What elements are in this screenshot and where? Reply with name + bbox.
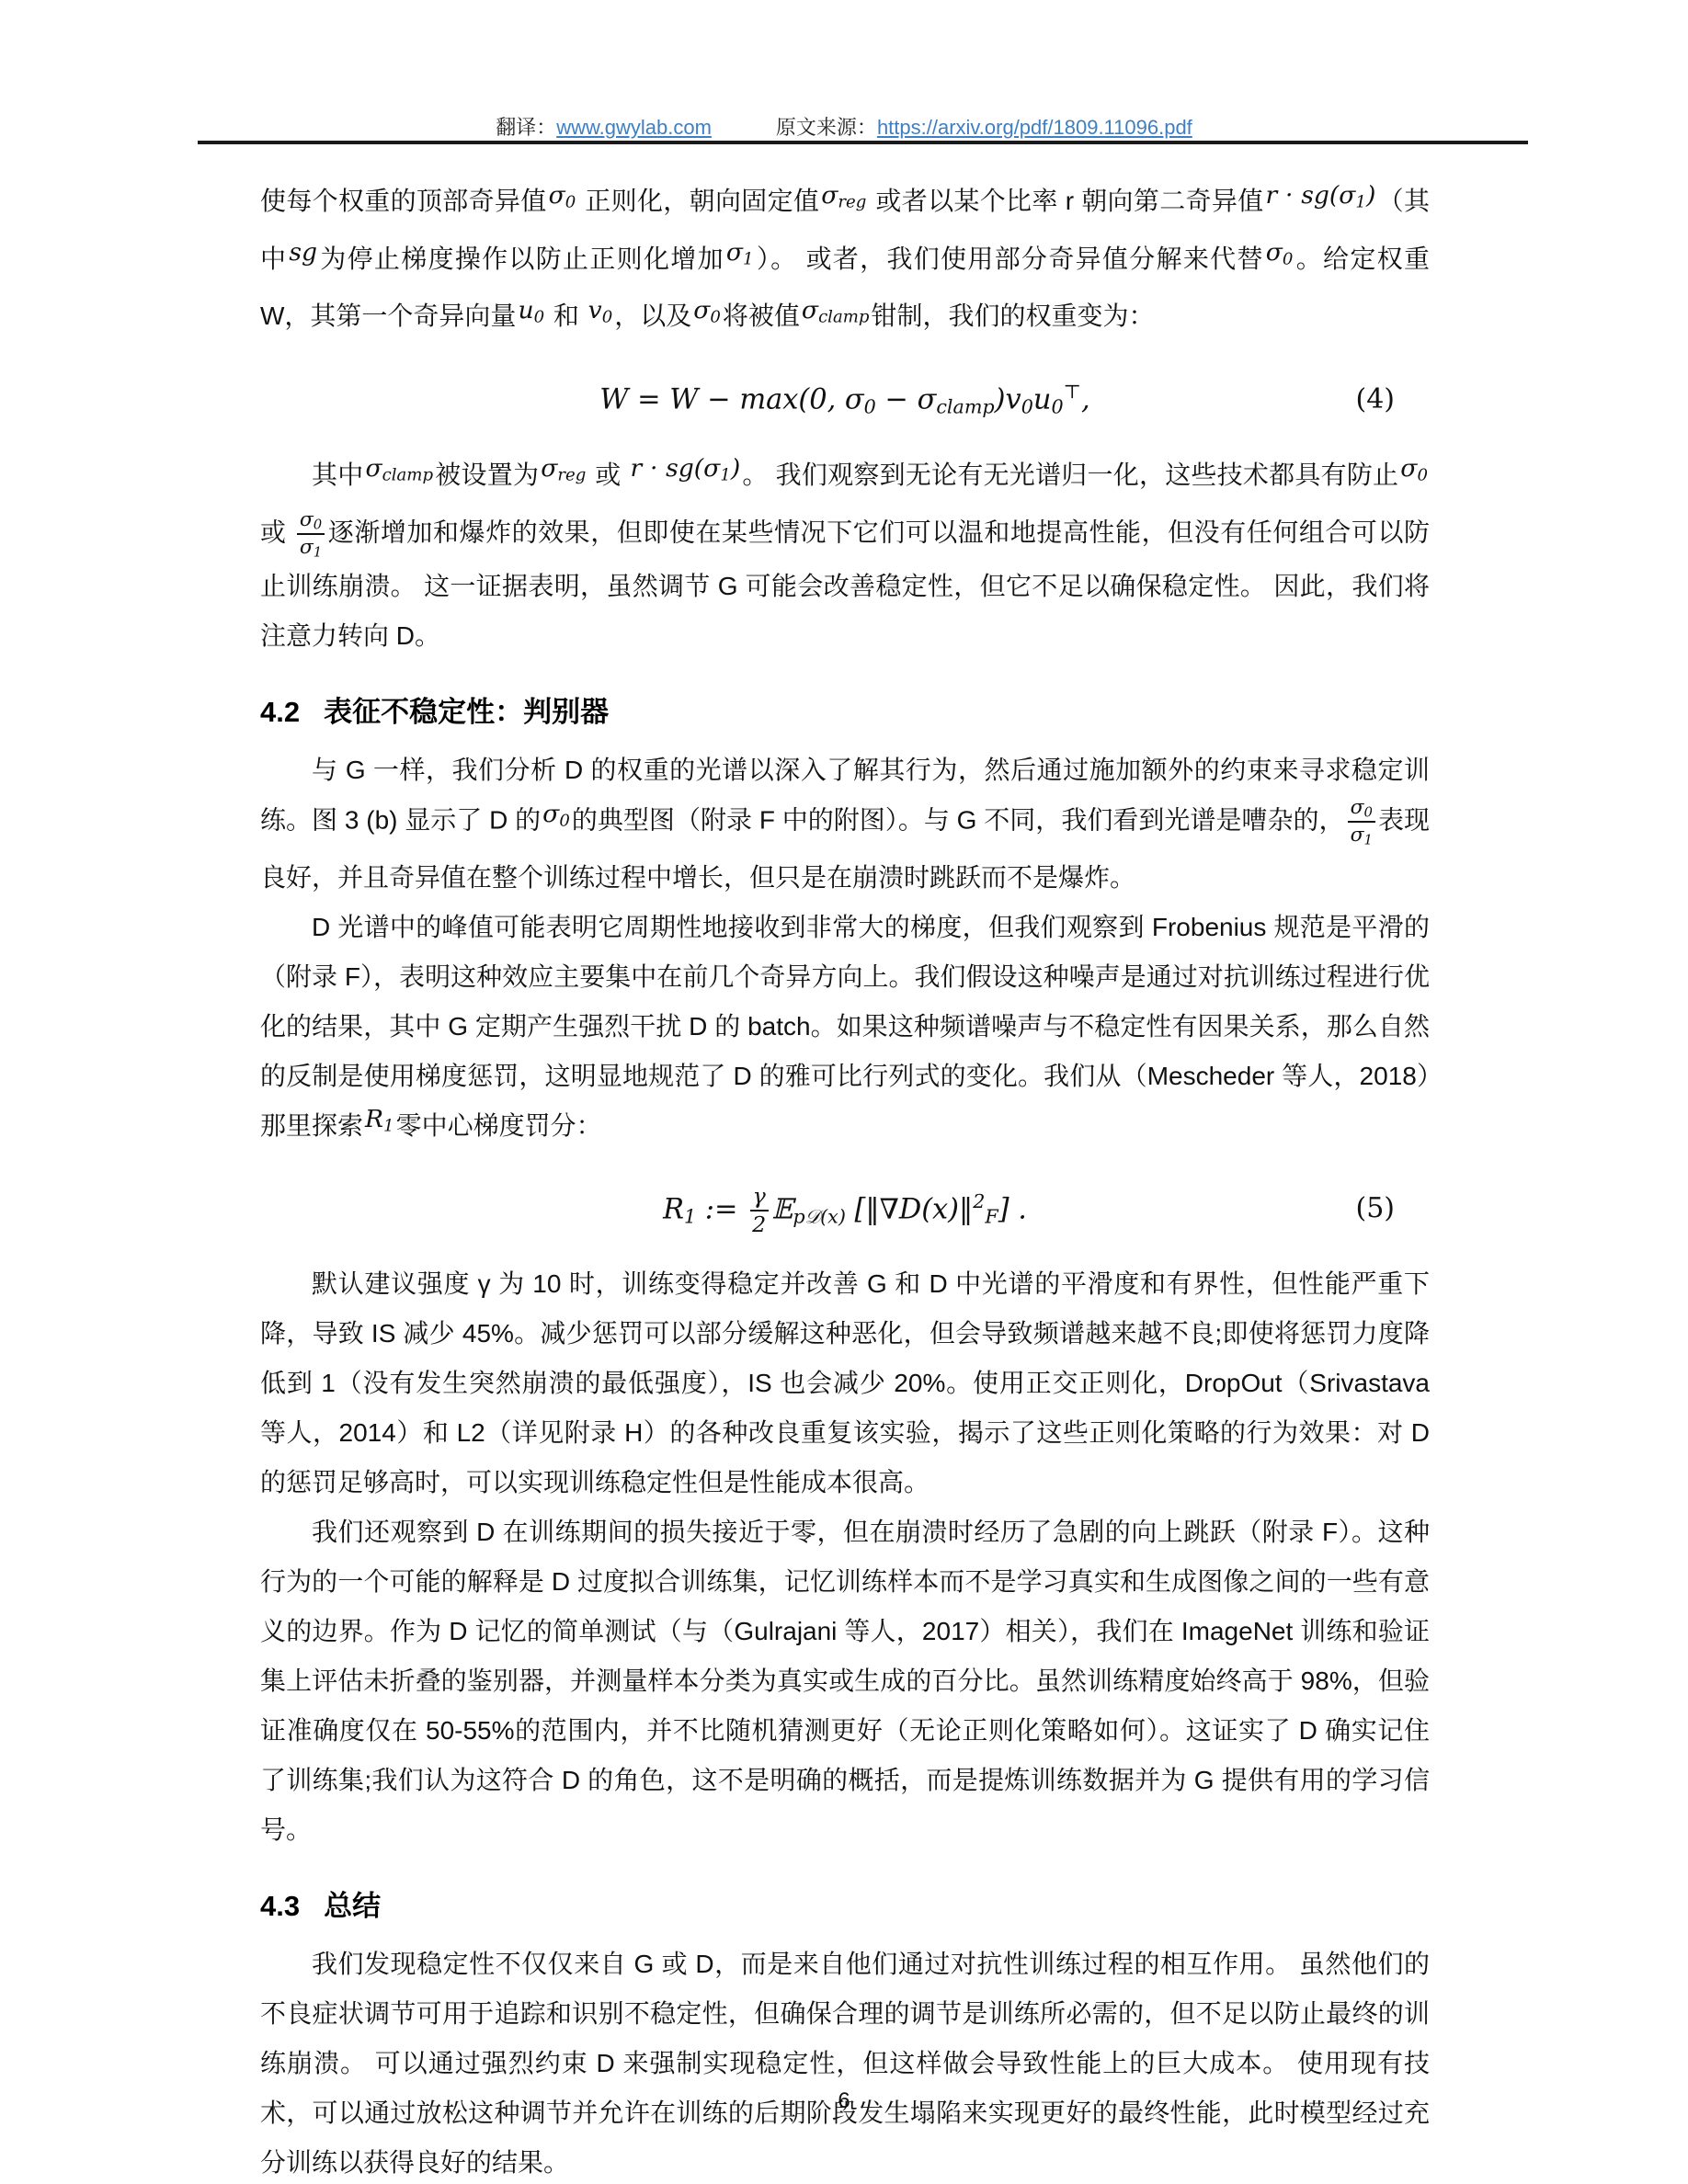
math-token: R: [663, 1193, 684, 1225]
inline-math: sg: [287, 238, 319, 267]
math-token: reg: [557, 466, 586, 485]
paragraph: 其中σclamp被设置为σreg 或 r · sg(σ1)。 我们观察到无论有无…: [260, 450, 1430, 661]
math-token: p𝒟(x): [793, 1205, 845, 1227]
math-token: 0: [710, 307, 721, 326]
math-token: :=: [696, 1193, 747, 1225]
math-token: W = W − max(0, σ: [599, 384, 863, 416]
math-token: r · sg(σ: [631, 454, 721, 483]
math-token: 1: [314, 544, 322, 561]
math-token: σ: [300, 508, 314, 531]
equation-body: W = W − max(0, σ0 − σclamp)v0u0⊤,: [599, 367, 1089, 432]
equation: R1 := γ2𝔼p𝒟(x) [‖∇D(x)‖2F] .(5): [260, 1169, 1430, 1248]
math-token: 1: [1355, 192, 1366, 211]
math-token: 1: [743, 250, 754, 269]
math-token: 1: [720, 466, 731, 485]
translation-link[interactable]: www.gwylab.com: [556, 116, 712, 139]
math-token: 0: [1363, 803, 1372, 820]
math-token: σ: [549, 181, 565, 210]
math-token: 0: [559, 811, 570, 830]
math-token: 0: [1417, 466, 1428, 485]
section-number: 4.3: [260, 1890, 300, 1922]
source-label: 原文来源：: [776, 116, 877, 139]
math-token: v: [588, 296, 602, 324]
paragraph: D 光谱中的峰值可能表明它周期性地接收到非常大的梯度，但我们观察到 Froben…: [260, 903, 1430, 1159]
math-token: σ: [365, 454, 382, 483]
paragraph: 我们发现稳定性不仅仅来自 G 或 D，而是来自他们通过对抗性训练过程的相互作用。…: [260, 1939, 1430, 2184]
inline-math: r · sg(σ1): [629, 454, 743, 483]
math-token: 0: [534, 307, 545, 326]
inline-math: u0: [516, 296, 546, 324]
inline-math: σ0: [1398, 454, 1430, 483]
math-token: σ: [802, 296, 818, 324]
math-token: σ: [541, 454, 557, 483]
math-token: σ: [693, 296, 710, 324]
math-token: 0: [565, 192, 576, 211]
math-token: σ: [542, 800, 559, 828]
math-token: ] .: [998, 1193, 1027, 1225]
inline-math: R1: [363, 1105, 396, 1133]
section-heading: 4.3总结: [260, 1886, 1430, 1927]
inline-math: σ0: [541, 800, 572, 828]
math-token: σ: [1266, 238, 1283, 267]
math-token: ,: [1081, 384, 1090, 416]
inline-math: σ0: [691, 296, 723, 324]
inline-math: v0: [587, 296, 615, 324]
math-token: σ: [1351, 824, 1364, 847]
math-token: sg: [289, 238, 317, 267]
inline-math: σreg: [539, 454, 587, 483]
header-divider: [198, 141, 1528, 144]
math-token: σ: [726, 238, 743, 267]
equation-number: (5): [1356, 1184, 1396, 1234]
math-token: 1: [1363, 832, 1372, 848]
math-token: 1: [383, 1117, 394, 1136]
math-token: F: [985, 1205, 998, 1227]
page-footer: 6: [0, 2088, 1688, 2114]
math-token: [‖∇D(x)‖: [846, 1193, 973, 1225]
math-token: u: [1033, 384, 1052, 416]
math-token: 2: [752, 1211, 766, 1237]
math-token: clamp: [936, 396, 994, 418]
translation-label: 翻译：: [496, 116, 556, 139]
paragraph: 我们还观察到 D 在训练期间的损失接近于零，但在崩溃时经历了急剧的向上跳跃（附录…: [260, 1507, 1430, 1855]
math-token: 0: [1051, 396, 1063, 418]
section-heading: 4.2表征不稳定性：判别器: [260, 692, 1430, 733]
document-page: 翻译：www.gwylab.com 原文来源：https://arxiv.org…: [0, 0, 1688, 2184]
math-token: − σ: [876, 384, 937, 416]
math-token: 0: [864, 396, 876, 418]
math-token: 1: [684, 1205, 696, 1227]
paragraph: 与 G 一样，我们分析 D 的权重的光谱以深入了解其行为，然后通过施加额外的约束…: [260, 745, 1430, 903]
source-credit: 原文来源：https://arxiv.org/pdf/1809.11096.pd…: [776, 112, 1192, 141]
source-link[interactable]: https://arxiv.org/pdf/1809.11096.pdf: [877, 116, 1192, 139]
math-token: σ: [1351, 796, 1364, 819]
math-token: reg: [838, 192, 866, 211]
math-token: σ: [300, 536, 314, 559]
math-token: 2: [973, 1190, 985, 1212]
math-token: ⊤: [1064, 381, 1081, 403]
math-token: r · sg(σ: [1266, 181, 1356, 210]
paragraph: 使每个权重的顶部奇异值σ0 正则化，朝向固定值σreg 或者以某个比率 r 朝向…: [260, 176, 1430, 349]
math-token: u: [518, 296, 533, 324]
inline-math: σreg: [819, 181, 868, 210]
inline-fraction: γ2: [747, 1183, 771, 1239]
equation: W = W − max(0, σ0 − σclamp)v0u0⊤,(4): [260, 360, 1430, 439]
math-token: 𝔼: [771, 1193, 793, 1225]
math-token: clamp: [382, 466, 433, 485]
math-token: R: [365, 1105, 383, 1133]
inline-math: σclamp: [363, 454, 435, 483]
math-token: ): [731, 454, 740, 483]
inline-math: σ0: [547, 181, 578, 210]
document-content: 使每个权重的顶部奇异值σ0 正则化，朝向固定值σreg 或者以某个比率 r 朝向…: [260, 176, 1430, 2184]
section-title: 总结: [324, 1890, 381, 1922]
translation-credit: 翻译：www.gwylab.com: [496, 112, 712, 141]
math-token: σ: [821, 181, 838, 210]
inline-math: σ0: [1264, 238, 1295, 267]
inline-math: r · sg(σ1): [1264, 181, 1378, 210]
equation-body: R1 := γ2𝔼p𝒟(x) [‖∇D(x)‖2F] .: [663, 1177, 1027, 1242]
math-token: 0: [314, 517, 322, 533]
page-number: 6: [838, 2088, 850, 2113]
math-token: σ: [1400, 454, 1417, 483]
math-token: ): [1366, 181, 1375, 210]
math-token: 0: [1283, 250, 1294, 269]
math-token: )v: [995, 384, 1021, 416]
inline-math: σclamp: [800, 296, 872, 324]
math-token: 0: [1021, 396, 1033, 418]
math-token: γ: [753, 1183, 766, 1209]
page-header: 翻译：www.gwylab.com 原文来源：https://arxiv.org…: [0, 112, 1688, 141]
section-number: 4.2: [260, 696, 300, 728]
paragraph: 默认建议强度 γ 为 10 时，训练变得稳定并改善 G 和 D 中光谱的平滑度和…: [260, 1259, 1430, 1507]
inline-fraction: σ0σ1: [1345, 795, 1378, 849]
math-token: clamp: [818, 307, 869, 326]
inline-math: σ1: [724, 238, 756, 267]
math-token: 0: [602, 307, 613, 326]
inline-fraction: σ0σ1: [294, 507, 327, 562]
equation-number: (4): [1356, 375, 1396, 425]
section-title: 表征不稳定性：判别器: [324, 696, 609, 728]
